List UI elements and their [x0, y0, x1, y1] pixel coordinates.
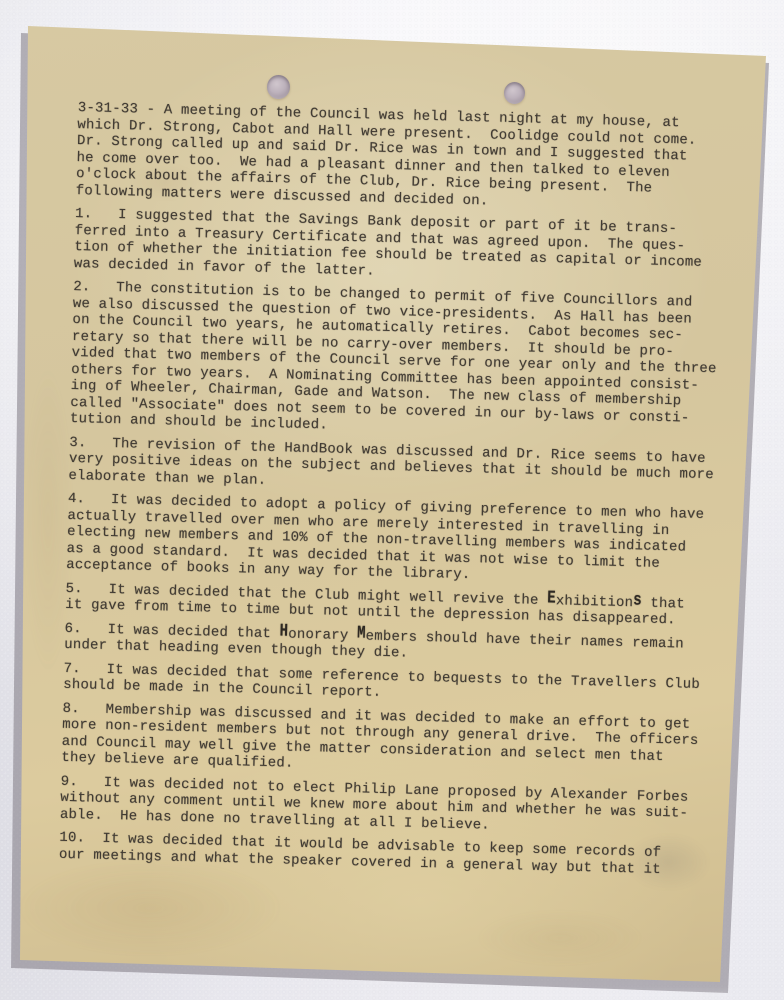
scanned-document-photo: 3-31-33 - A meeting of the Council was h… [0, 0, 784, 1000]
punch-hole-right [504, 82, 525, 104]
paragraph-item-4: 4. It was decided to adopt a policy of g… [66, 491, 740, 590]
pen-correction: M [357, 623, 366, 644]
paragraph-item-1: 1. I suggested that the Savings Bank dep… [74, 206, 747, 289]
paragraph-intro: 3-31-33 - A meeting of the Council was h… [75, 100, 749, 216]
pen-correction: E [547, 588, 556, 609]
paragraph-item-9: 9. It was decided not to elect Philip La… [60, 773, 733, 839]
typewritten-text: 3-31-33 - A meeting of the Council was h… [59, 100, 750, 887]
punch-hole-left [267, 75, 290, 99]
pen-correction: H [279, 621, 288, 642]
paragraph-item-8: 8. Membership was discussed and it was d… [61, 700, 734, 783]
paragraph-item-10: 10. It was decided that it would be advi… [59, 830, 732, 880]
pen-correction: s [633, 590, 642, 611]
paragraph-item-2: 2. The constitution is to be changed to … [70, 279, 746, 444]
document-page: 3-31-33 - A meeting of the Council was h… [0, 0, 784, 1000]
paragraph-item-3: 3. The revision of the HandBook was disc… [68, 434, 741, 500]
